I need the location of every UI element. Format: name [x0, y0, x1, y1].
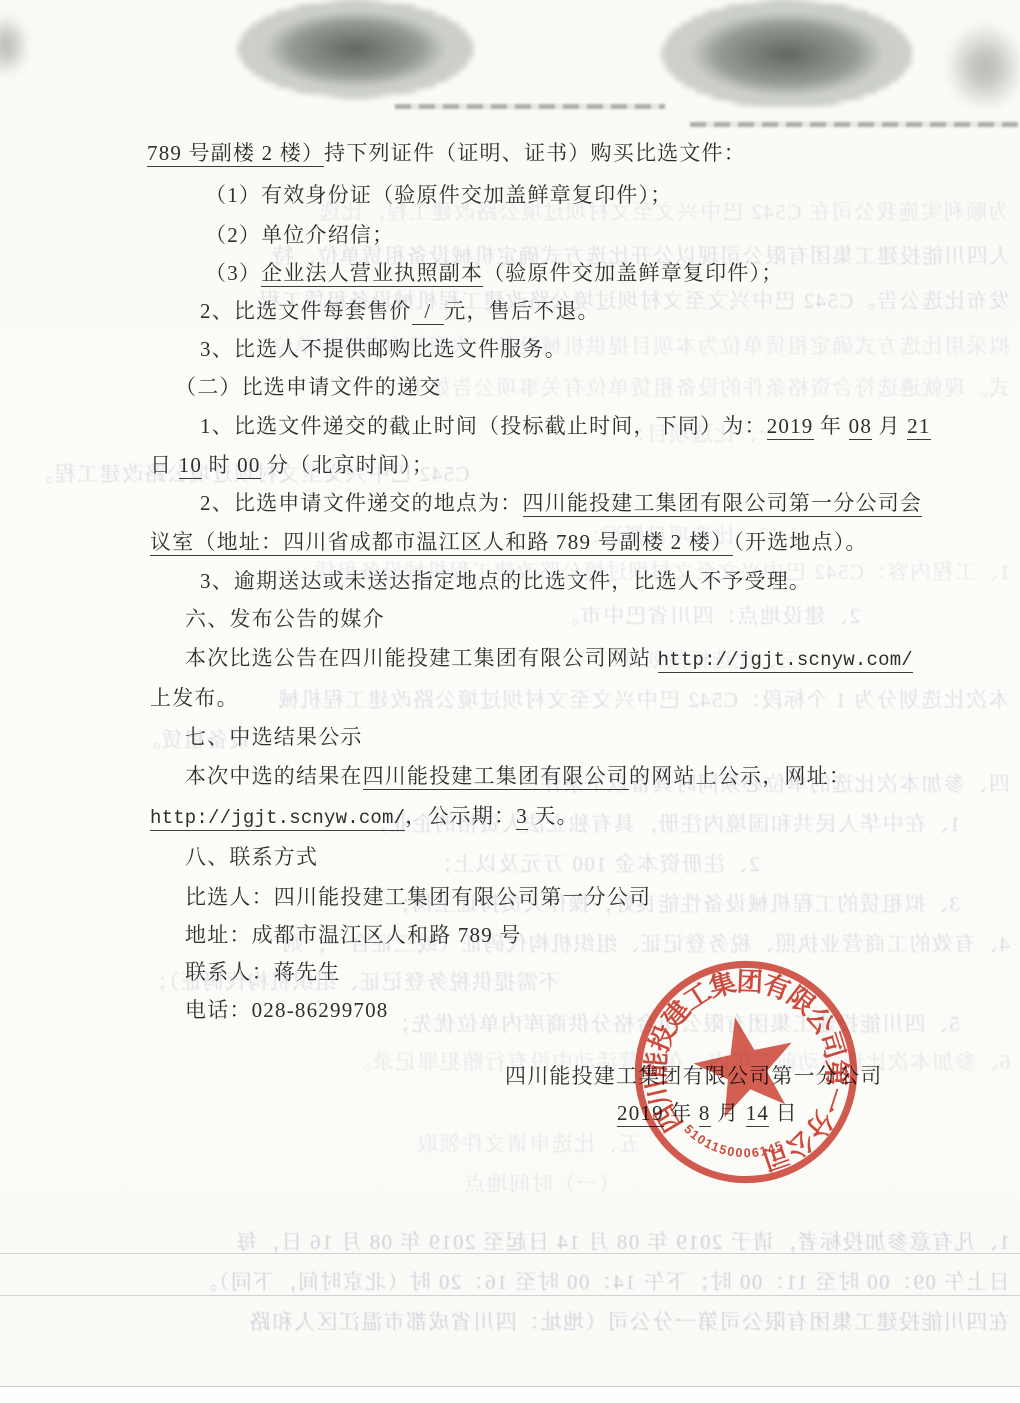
- overdue-line: 3、逾期送达或未送达指定地点的比选文件，比选人不予受理。: [200, 568, 811, 594]
- text-segment: （开选地点）。: [733, 530, 867, 554]
- underlined-text: 21: [907, 414, 930, 440]
- underlined-text: http://jgjt.scnyw.com/: [150, 807, 405, 831]
- cert-item-1: （1）有效身份证（验原件交加盖鲜章复印件）；: [205, 182, 672, 208]
- text-segment: 分（北京时间）；: [261, 453, 435, 477]
- deadline-line-1: 1、比选文件递交的截止时间（投标截止时间，下同）为：2019 年 08 月 21: [200, 413, 931, 439]
- cert-item-2: （2）单位介绍信；: [205, 222, 394, 248]
- text-segment: 联系人：蒋先生: [185, 960, 340, 984]
- scan-smudge-left: [238, 0, 473, 98]
- bleed-line-5: 式。现就遴选符合资格条件的设备租赁单位有关事项公告如下：: [383, 372, 1010, 402]
- bleed-line-12: 本次比选划分为 1 个标段：C542 巴中兴文至文村坝过境公路改建工程机械: [277, 684, 1010, 714]
- text-segment: 的网站上公示，网址：: [629, 764, 851, 788]
- location-line-1: 2、比选申请文件递交的地点为：四川能投建工集团有限公司第一分公司会: [200, 490, 922, 516]
- text-segment: （2）单位介绍信；: [205, 223, 394, 247]
- company-seal-stamp: 四川能投建工集团有限公司第一分公司 5101150006145: [612, 938, 880, 1206]
- section-6-title: 六、发布公告的媒介: [185, 606, 385, 632]
- scan-smudge-corner-left: [0, 18, 26, 73]
- bleed-line-26: 在四川能投建工集团有限公司第一分公司（地址：四川省成都市温江区人和路: [248, 1306, 1010, 1336]
- underlined-text: 2019: [767, 414, 814, 440]
- contact-bidder: 比选人：四川能投建工集团有限公司第一分公司: [185, 884, 651, 910]
- underlined-text: 议室（地址：四川省成都市温江区人和路 789 号副楼 2 楼）: [150, 530, 733, 556]
- seal-star-icon: [694, 1017, 792, 1117]
- text-segment: 元，售后不退。: [444, 299, 599, 323]
- deadline-line-2: 日 10 时 00 分（北京时间）；: [150, 452, 434, 478]
- text-segment: 电话：028-86299708: [185, 998, 389, 1022]
- cert-item-3: （3）企业法人营业执照副本（验原件交加盖鲜章复印件）；: [205, 260, 783, 286]
- text-segment: （3）: [205, 261, 261, 285]
- text-segment: 比选人：四川能投建工集团有限公司第一分公司: [185, 885, 651, 909]
- underlined-text: http://jgjt.scnyw.com/: [658, 649, 913, 673]
- text-segment: 年: [814, 414, 849, 438]
- media-line-1: 本次比选公告在四川能投建工集团有限公司网站 http://jgjt.scnyw.…: [185, 645, 913, 673]
- underlined-text: 3: [516, 804, 528, 830]
- paper-bottom-edge: [0, 1386, 1020, 1403]
- text-segment: 天。: [528, 804, 579, 828]
- text-segment: 月: [872, 414, 907, 438]
- underlined-text: 10: [179, 453, 202, 479]
- scan-smudge-right: [662, 0, 912, 108]
- text-segment: 1、比选文件递交的截止时间（投标截止时间，下同）为：: [200, 414, 767, 438]
- seal-serial-number: 5101150006145: [681, 1122, 786, 1160]
- underlined-text: 四川能投建工集团有限公司第一分公司会: [523, 491, 923, 517]
- text-segment: 地址：成都市温江区人和路 789 号: [185, 923, 522, 947]
- scan-smudge-far-right: [950, 28, 1020, 106]
- text-segment: （二）比选申请文件的递交: [175, 375, 441, 399]
- text-segment: 本次比选公告在四川能投建工集团有限公司网站: [185, 646, 658, 670]
- no-mail-line: 3、比选人不提供邮购比选文件服务。: [200, 336, 567, 362]
- bleed-line-25: 日上午 09：00 时至 11：00 时；下午 14：00 时至 16：20 时…: [195, 1266, 1010, 1296]
- underlined-text: /: [412, 299, 445, 325]
- text-segment: 2、比选文件每套售价: [200, 299, 412, 323]
- result-line-2: http://jgjt.scnyw.com/，公示期：3 天。: [150, 803, 579, 831]
- purchase-intro: 789 号副楼 2 楼）持下列证件（证明、证书）购买比选文件：: [147, 140, 746, 166]
- bleed-title-dash-left: [395, 104, 665, 109]
- text-segment: 本次中选的结果在: [185, 764, 363, 788]
- bleed-line-10: 2、建设地点：四川省巴中市。: [557, 600, 860, 630]
- text-segment: 八、联系方式: [185, 845, 318, 869]
- seal-ring-char: 第: [821, 1059, 851, 1086]
- underlined-text: 08: [849, 414, 872, 440]
- text-segment: 3、逾期送达或未送达指定地点的比选文件，比选人不予受理。: [200, 569, 811, 593]
- section-8-title: 八、联系方式: [185, 844, 318, 870]
- text-segment: 上发布。: [150, 686, 239, 710]
- text-segment: 时: [202, 453, 237, 477]
- location-line-2: 议室（地址：四川省成都市温江区人和路 789 号副楼 2 楼）（开选地点）。: [150, 529, 868, 555]
- text-segment: 持下列证件（证明、证书）购买比选文件：: [324, 141, 746, 165]
- media-line-2: 上发布。: [150, 685, 239, 711]
- section-7-title: 七、中选结果公示: [185, 724, 363, 750]
- underlined-text: 四川能投建工集团有限公司: [363, 764, 629, 790]
- price-line: 2、比选文件每套售价 / 元，售后不退。: [200, 298, 600, 324]
- text-segment: 日: [150, 453, 179, 477]
- result-line-1: 本次中选的结果在四川能投建工集团有限公司的网站上公示，网址：: [185, 763, 851, 789]
- text-segment: （1）有效身份证（验原件交加盖鲜章复印件）；: [205, 183, 672, 207]
- contact-address: 地址：成都市温江区人和路 789 号: [185, 922, 522, 948]
- text-segment: 3、比选人不提供邮购比选文件服务。: [200, 337, 567, 361]
- bleed-line-16: 2、注册资本金 100 万元及以上；: [430, 848, 760, 878]
- bleed-line-23: （一）时间地点: [463, 1168, 620, 1198]
- text-segment: 六、发布公告的媒介: [185, 607, 385, 631]
- bleed-line-24: 1、凡有意参加投标者，请于 2019 年 08 月 14 日起至 2019 年 …: [235, 1226, 1010, 1256]
- bleed-line-22: 五、比选申请文件领取: [416, 1128, 640, 1158]
- text-segment: ，公示期：: [405, 804, 516, 828]
- contact-person: 联系人：蒋先生: [185, 959, 340, 985]
- underlined-text: 00: [237, 453, 260, 479]
- underlined-text: 企业法人营业执照副本: [261, 261, 483, 287]
- section-2-submission: （二）比选申请文件的递交: [175, 374, 441, 400]
- seal-ring-char: 团: [736, 966, 764, 997]
- contact-phone: 电话：028-86299708: [185, 997, 389, 1023]
- text-segment: 七、中选结果公示: [185, 725, 363, 749]
- scanned-document-page: 为顺利实施我公司在 C542 巴中兴文至文村坝过境公路改建工程，比选人四川能投建…: [0, 0, 1020, 1403]
- seal-ring-char: 川: [641, 1076, 676, 1109]
- text-segment: 2、比选申请文件递交的地点为：: [200, 491, 523, 515]
- bleed-title-dash-right: [690, 122, 1018, 127]
- underlined-text: 789 号副楼 2 楼）: [147, 141, 324, 167]
- text-segment: （验原件交加盖鲜章复印件）；: [483, 261, 783, 285]
